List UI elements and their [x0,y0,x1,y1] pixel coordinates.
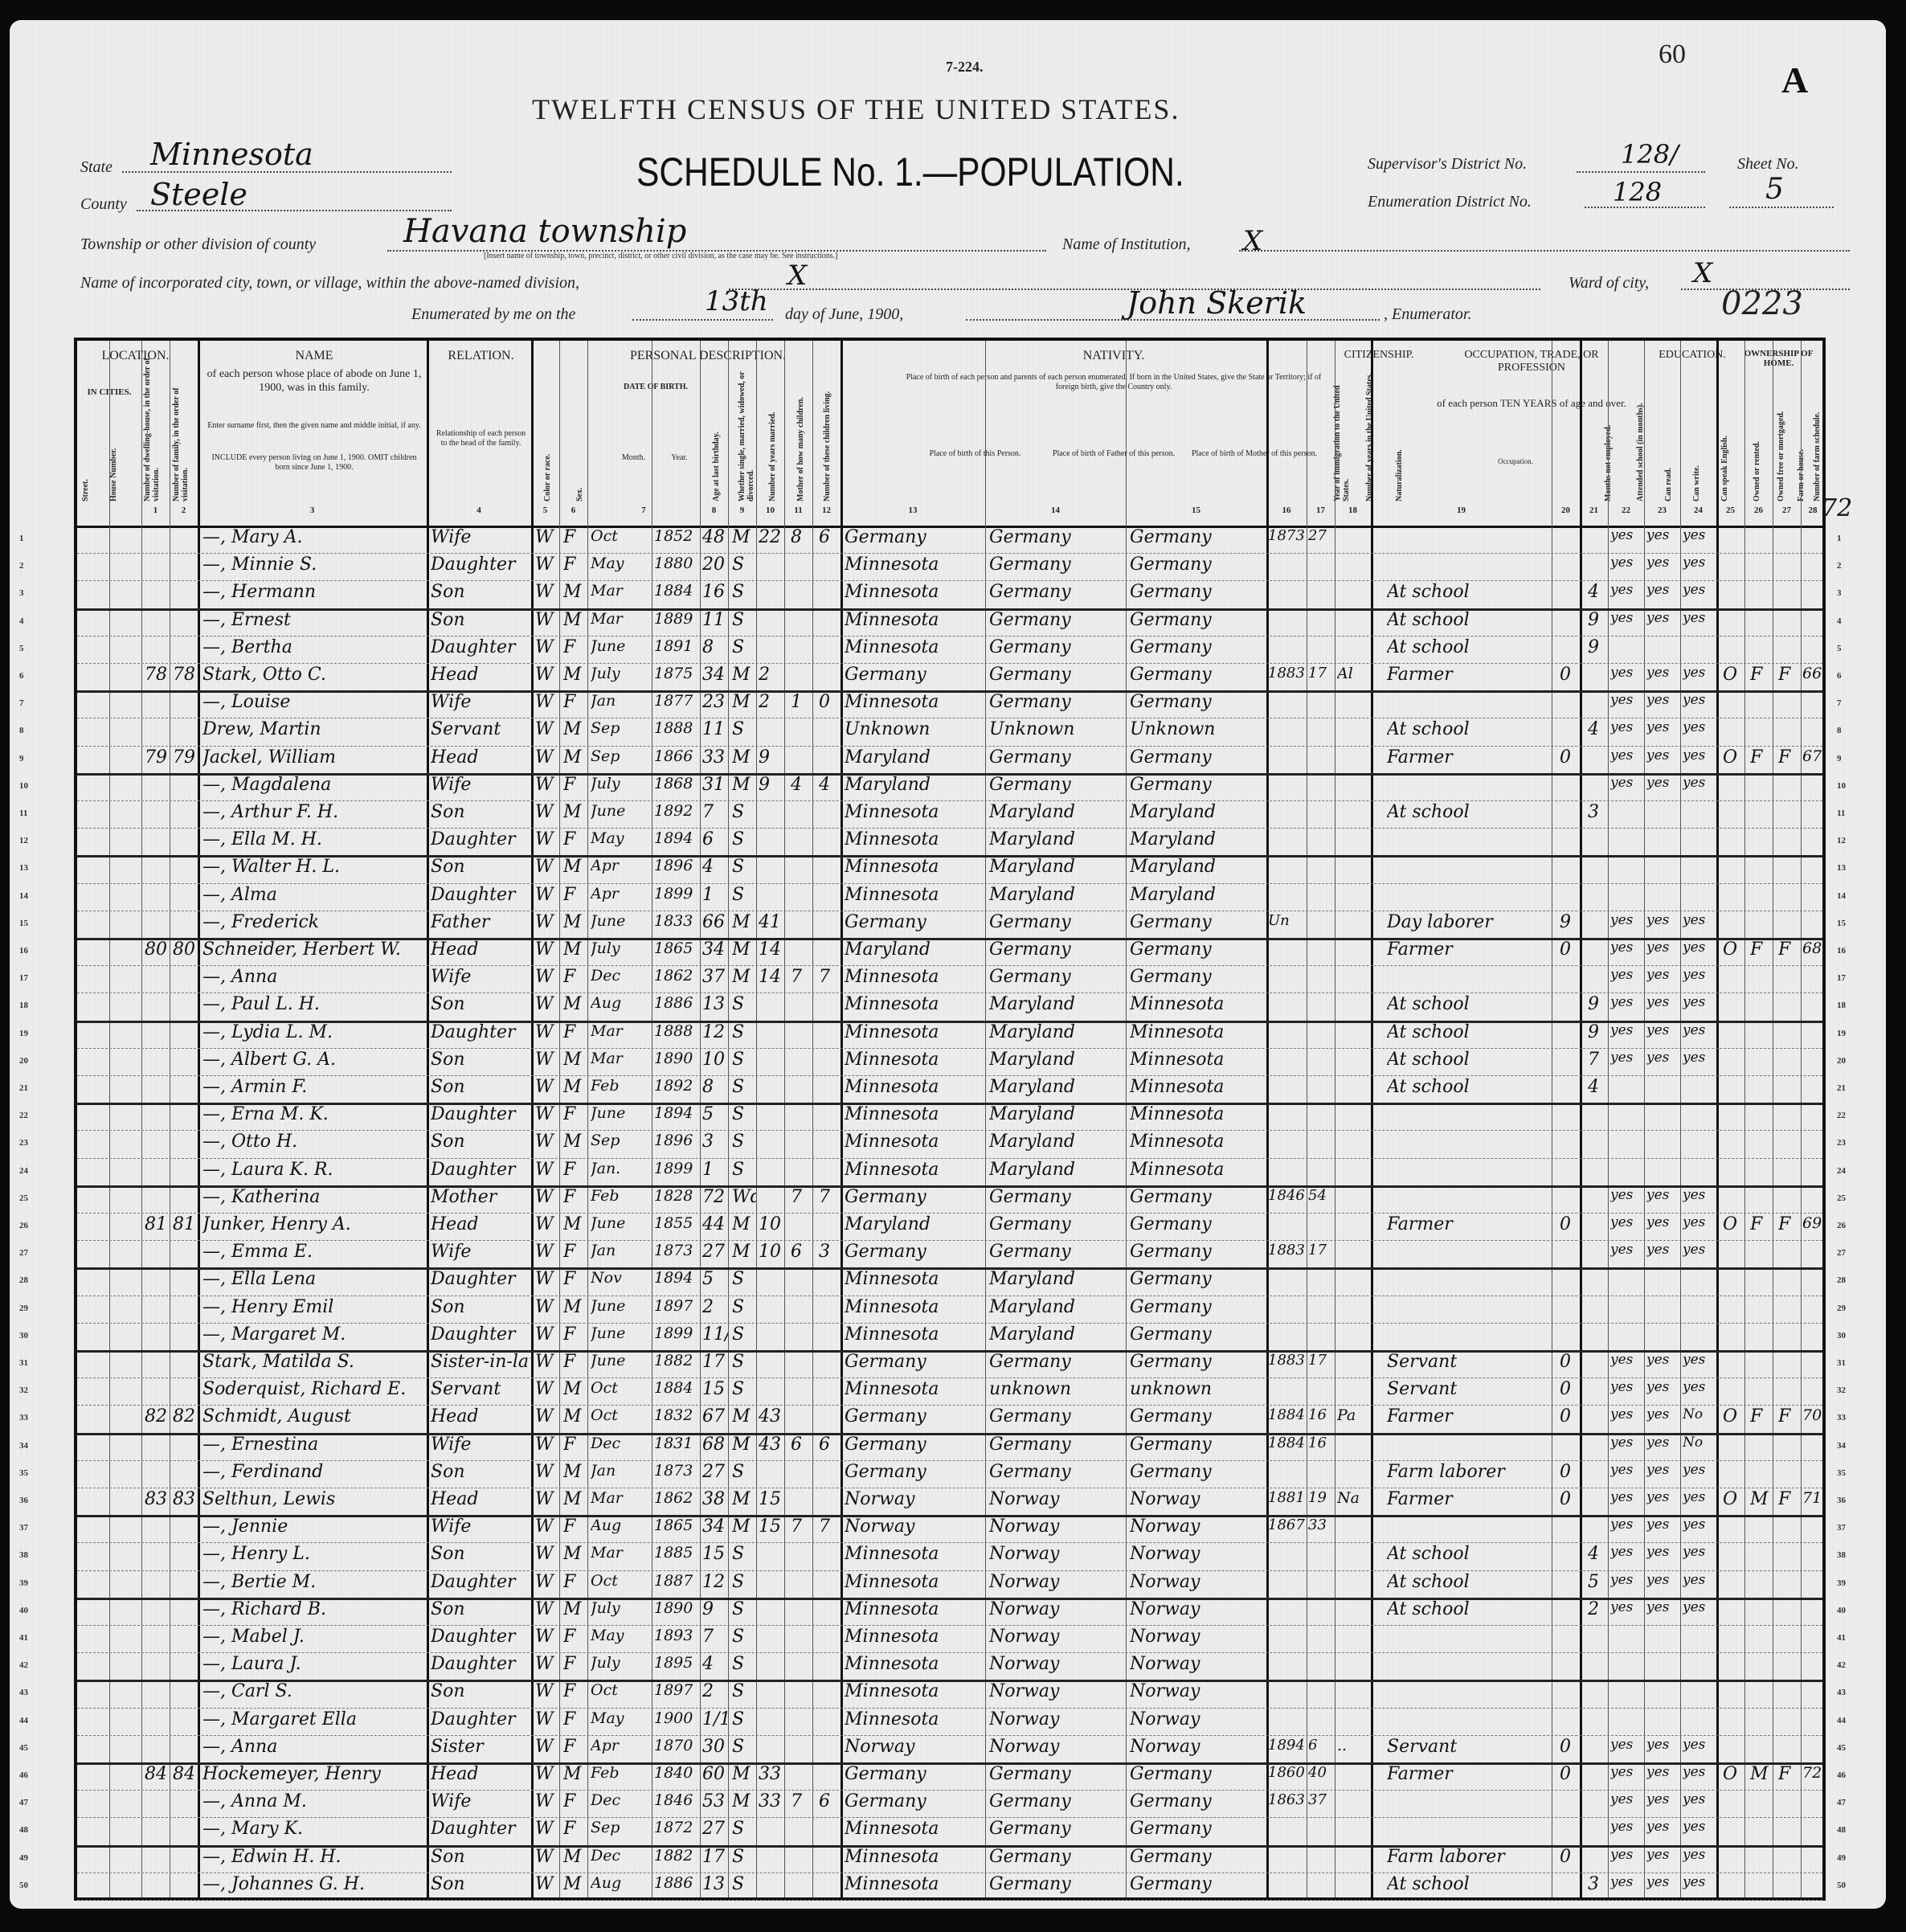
relation: Head [431,1489,530,1509]
township-note: [Insert name of township, town, precinct… [484,252,837,260]
occupation: At school [1387,1599,1552,1619]
can-read: yes [1610,1214,1644,1230]
birthplace-person: Minnesota [845,1572,985,1592]
relation: Son [431,802,530,822]
table-row: 28 —, Ella Lena Daughter W F Nov 1894 5 … [77,1267,1822,1296]
naturalization: Al [1337,665,1371,682]
colnum: 21 [1580,506,1608,515]
relation: Head [431,939,530,960]
table-row: 8 Drew, Martin Servant W M Sep 1888 11 S… [77,718,1822,746]
person-name: —, Margaret Ella [202,1709,426,1729]
sex: F [563,1269,587,1289]
age: 12 [702,1022,728,1042]
color: W [535,1297,559,1317]
line-number-left: 41 [19,1633,28,1643]
can-read: yes [1610,1022,1644,1038]
marital-status: S [732,802,756,822]
line-number-right: 24 [1837,1166,1846,1176]
birthplace-father: Maryland [989,994,1126,1014]
occupation: Farm laborer [1387,1462,1552,1482]
months-unemployed: 0 [1560,1764,1580,1784]
birthplace-mother: Germany [1130,582,1266,602]
color: W [535,1379,559,1399]
line-number-right: 39 [1837,1578,1846,1588]
line-number-right: 9 [1837,754,1842,763]
relation: Daughter [431,1819,530,1839]
table-row: 13 —, Walter H. L. Son W M Apr 1896 4 S … [77,855,1822,883]
years-in-us: 54 [1308,1187,1335,1204]
header-immigration: Year of immigration to the United States… [1333,365,1351,501]
birth-month: Sep [591,1819,652,1836]
months-unemployed: 0 [1560,747,1580,767]
birth-month: Jan. [591,1160,652,1177]
person-name: —, Louise [202,692,426,712]
birth-month: June [591,802,652,820]
school-months: 9 [1588,1022,1608,1042]
years-in-us: 27 [1308,527,1335,544]
table-row: 42 —, Laura J. Daughter W F July 1895 4 … [77,1652,1822,1682]
state-value: Minnesota [150,137,313,172]
marital-status: M [732,1517,756,1537]
line-number-left: 12 [19,836,28,845]
age: 34 [702,665,728,685]
line-number-left: 16 [19,946,28,956]
birthplace-person: Germany [845,1352,985,1372]
can-write: yes [1646,1022,1680,1038]
owned-or-rented: O [1723,1406,1744,1426]
county-value: Steele [150,177,247,212]
birth-month: Sep [591,719,652,737]
line-number-left: 27 [19,1248,28,1258]
sex: M [563,582,587,602]
age: 5 [702,1104,728,1124]
mother-of: 7 [791,1791,812,1811]
years-married: 22 [759,527,784,547]
owned-or-rented: O [1723,1214,1744,1234]
birthplace-father: Germany [989,1242,1126,1262]
can-read: yes [1610,555,1644,571]
birthplace-mother: Minnesota [1130,1104,1266,1124]
relation: Son [431,1599,530,1619]
relation: Sister [431,1737,530,1757]
can-read: yes [1610,939,1644,956]
birth-year: 1894 [654,1104,700,1122]
children-living: 6 [819,1435,841,1455]
line-number-right: 20 [1837,1056,1846,1066]
sex: M [563,1847,587,1867]
birthplace-person: Germany [845,1242,985,1262]
sex: F [563,775,587,795]
speaks-english: yes [1683,1379,1716,1395]
relation: Servant [431,1379,530,1399]
birthplace-mother: Minnesota [1130,1132,1266,1152]
farm-or-house: F [1778,1489,1801,1509]
occupation: At school [1387,1572,1552,1592]
birth-year: 1900 [654,1709,700,1727]
header-sex: Sex. [575,461,584,501]
line-number-right: 38 [1837,1550,1846,1560]
color: W [535,1435,559,1455]
table-row: 21 —, Armin F. Son W M Feb 1892 8 S Minn… [77,1075,1822,1105]
relation: Son [431,1874,530,1894]
birthplace-father: Maryland [989,1132,1126,1152]
relation: Son [431,1132,530,1152]
birthplace-father: Norway [989,1709,1126,1729]
birthplace-mother: Norway [1130,1627,1266,1647]
birth-year: 1891 [654,637,700,655]
birth-year: 1897 [654,1681,700,1699]
relation: Wife [431,527,530,547]
line-number-right: 50 [1837,1881,1846,1890]
birthplace-mother: Germany [1130,1462,1266,1482]
can-write: yes [1646,994,1680,1010]
speaks-english: yes [1683,1791,1716,1807]
line-number-right: 27 [1837,1248,1846,1258]
birthplace-father: Germany [989,1791,1126,1811]
can-write: yes [1646,1517,1680,1533]
sex: F [563,1737,587,1757]
birthplace-mother: Norway [1130,1572,1266,1592]
speaks-english: yes [1683,719,1716,735]
colnum: 16 [1266,506,1307,515]
farm-or-house: F [1778,1406,1801,1426]
family-number: 83 [173,1489,197,1509]
sex: M [563,610,587,630]
can-write: yes [1646,939,1680,956]
relation: Daughter [431,1627,530,1647]
birth-year: 1833 [654,912,700,930]
header-name-note1: Enter surname first, then the given name… [206,421,423,431]
speaks-english: yes [1683,939,1716,956]
birthplace-mother: unknown [1130,1379,1266,1399]
birthplace-father: Norway [989,1627,1126,1647]
can-write: yes [1646,1435,1680,1451]
can-write: yes [1646,665,1680,681]
birthplace-person: Germany [845,1791,985,1811]
dwelling-number: 83 [145,1489,169,1509]
relation: Daughter [431,1104,530,1124]
relation: Daughter [431,885,530,905]
sex: M [563,1406,587,1426]
birth-month: June [591,637,652,655]
speaks-english: yes [1683,1352,1716,1368]
table-row: 40 —, Richard B. Son W M July 1890 9 S M… [77,1598,1822,1626]
colnum: 22 [1608,506,1644,515]
occupation: Servant [1387,1352,1552,1372]
months-unemployed: 0 [1560,1214,1580,1234]
farm-schedule-number: 67 [1802,747,1825,765]
relation: Daughter [431,1654,530,1674]
birth-month: Mar [591,1489,652,1507]
line-number-left: 11 [19,808,27,818]
color: W [535,939,559,960]
birthplace-father: unknown [989,1379,1126,1399]
mother-of: 7 [791,967,812,987]
immigration-year: 1894 [1268,1737,1307,1754]
years-married: 14 [759,939,784,960]
sex: M [563,1462,587,1482]
birthplace-mother: Germany [1130,637,1266,657]
sex: M [563,1077,587,1097]
header-relation: RELATION. [431,349,531,363]
marital-status: M [732,1406,756,1426]
page-number: 60 [1659,39,1686,70]
person-name: —, Ella Lena [202,1269,426,1289]
birthplace-father: Germany [989,1352,1126,1372]
can-write: yes [1646,1352,1680,1368]
table-row: 38 —, Henry L. Son W M Mar 1885 15 S Min… [77,1542,1822,1570]
birth-year: 1840 [654,1764,700,1782]
person-name: —, Magdalena [202,775,426,795]
birthplace-father: Germany [989,1462,1126,1482]
marital-status: S [732,1077,756,1097]
age: 37 [702,967,728,987]
can-write: yes [1646,719,1680,735]
table-row: 4 —, Ernest Son W M Mar 1889 11 S Minnes… [77,608,1822,636]
immigration-year: 1883 [1268,665,1307,682]
birth-year: 1895 [654,1654,700,1672]
years-married: 10 [759,1214,784,1234]
line-number-right: 5 [1837,644,1842,653]
birth-year: 1880 [654,555,700,572]
birthplace-person: Minnesota [845,1709,985,1729]
color: W [535,747,559,767]
birth-year: 1868 [654,775,700,792]
color: W [535,1050,559,1070]
age: 27 [702,1819,728,1839]
birth-month: Feb [591,1764,652,1782]
occupation: At school [1387,1874,1552,1894]
birthplace-father: Germany [989,527,1126,547]
color: W [535,1489,559,1509]
sex: F [563,1709,587,1729]
can-write: yes [1646,775,1680,791]
line-number-left: 49 [19,1853,28,1863]
sex: F [563,1435,587,1455]
birthplace-person: Minnesota [845,1324,985,1345]
colnum: 1 [141,506,170,515]
table-row: 45 —, Anna Sister W F Apr 1870 30 S Norw… [77,1735,1822,1765]
birthplace-father: Germany [989,912,1126,932]
birthplace-father: Germany [989,967,1126,987]
birth-year: 1888 [654,1022,700,1040]
marital-status: S [732,1462,756,1482]
birthplace-person: Minnesota [845,555,985,575]
birthplace-mother: Norway [1130,1709,1266,1729]
children-living: 7 [819,1187,841,1207]
birthplace-person: Germany [845,665,985,685]
birthplace-mother: Germany [1130,747,1266,767]
colnum: 10 [756,506,784,515]
color: W [535,775,559,795]
can-write: yes [1646,1544,1680,1560]
table-row: 24 —, Laura K. R. Daughter W F Jan. 1899… [77,1158,1822,1188]
can-write: yes [1646,747,1680,763]
birth-year: 1873 [654,1242,700,1259]
person-name: Selthun, Lewis [202,1489,426,1509]
occupation: At school [1387,1077,1552,1097]
age: 23 [702,692,728,712]
table-row: 23 —, Otto H. Son W M Sep 1896 3 S Minne… [77,1130,1822,1158]
birthplace-person: Minnesota [845,1874,985,1894]
birthplace-mother: Germany [1130,775,1266,795]
school-months: 4 [1588,1544,1608,1564]
header-nativity: NATIVITY. [905,349,1323,363]
birth-year: 1896 [654,857,700,874]
relation: Wife [431,1242,530,1262]
sex: M [563,912,587,932]
colnum: 14 [985,506,1126,515]
birth-month: Oct [591,1379,652,1397]
birthplace-father: Germany [989,692,1126,712]
can-write: yes [1646,1791,1680,1807]
birth-month: Apr [591,1737,652,1754]
can-read: yes [1610,1572,1644,1588]
birthplace-person: Germany [845,1764,985,1784]
immigration-year: 1867 [1268,1517,1307,1533]
person-name: —, Bertha [202,637,426,657]
marital-status: M [732,527,756,547]
birth-year: 1899 [654,1324,700,1342]
months-unemployed: 0 [1560,1406,1580,1426]
line-number-right: 19 [1837,1029,1846,1038]
can-write: yes [1646,1572,1680,1588]
birthplace-mother: Minnesota [1130,1022,1266,1042]
color: W [535,912,559,932]
age: 72 [702,1187,728,1207]
person-name: —, Anna [202,1737,426,1757]
years-in-us: 16 [1308,1406,1335,1423]
birthplace-father: Norway [989,1599,1126,1619]
person-name: —, Katherina [202,1187,426,1207]
birth-month: Feb [591,1187,652,1205]
can-read: yes [1610,967,1644,983]
sex: F [563,1187,587,1207]
color: W [535,637,559,657]
line-number-right: 1 [1837,534,1842,543]
speaks-english: yes [1683,1819,1716,1835]
relation: Wife [431,692,530,712]
marital-status: S [732,1654,756,1674]
colnum: 6 [559,506,587,515]
marital-status: M [732,692,756,712]
birthplace-mother: Maryland [1130,829,1266,849]
marital-status: S [732,1160,756,1180]
marital-status: S [732,1050,756,1070]
colnum: 12 [812,506,841,515]
relation: Son [431,582,530,602]
colnum: 5 [531,506,559,515]
line-number-left: 28 [19,1275,28,1285]
birth-year: 1831 [654,1435,700,1452]
birthplace-father: Germany [989,610,1126,630]
person-name: Hockemeyer, Henry [202,1764,426,1784]
free-or-mortgaged: F [1750,1214,1773,1234]
farm-or-house: F [1778,1764,1801,1784]
relation: Daughter [431,1709,530,1729]
birthplace-mother: Germany [1130,527,1266,547]
line-number-left: 2 [19,561,24,571]
speaks-english: No [1683,1406,1716,1422]
can-write: yes [1646,967,1680,983]
years-married: 33 [759,1791,784,1811]
speaks-english: yes [1683,967,1716,983]
years-in-us: 19 [1308,1489,1335,1506]
immigration-year: 1846 [1268,1187,1307,1204]
header-name-note2: INCLUDE every person living on June 1, 1… [206,453,423,473]
line-number-right: 26 [1837,1221,1846,1230]
color: W [535,1764,559,1784]
schedule-title: SCHEDULE No. 1.—POPULATION. [636,149,1184,195]
occupation: Farmer [1387,1214,1552,1234]
line-number-left: 23 [19,1138,28,1148]
occupation: At school [1387,994,1552,1014]
relation: Daughter [431,555,530,575]
birth-month: Jan [591,1462,652,1480]
sex: F [563,692,587,712]
can-read: yes [1610,1819,1644,1835]
relation: Son [431,1077,530,1097]
census-title: TWELFTH CENSUS OF THE UNITED STATES. [532,92,1180,126]
children-living: 7 [819,1517,841,1537]
sex: F [563,1681,587,1701]
color: W [535,802,559,822]
relation: Son [431,1050,530,1070]
person-name: —, Bertie M. [202,1572,426,1592]
line-number-right: 12 [1837,836,1846,845]
enumerator-name: John Skerik [1127,285,1307,321]
person-name: —, Paul L. H. [202,994,426,1014]
relation: Daughter [431,637,530,657]
relation: Son [431,1681,530,1701]
color: W [535,1709,559,1729]
months-unemployed: 0 [1560,665,1580,685]
line-number-left: 10 [19,781,28,791]
age: 31 [702,775,728,795]
birthplace-person: Minnesota [845,637,985,657]
birth-month: Oct [591,1572,652,1590]
age: 17 [702,1847,728,1867]
color: W [535,1737,559,1757]
birthplace-person: Minnesota [845,829,985,849]
table-row: 47 —, Anna M. Wife W F Dec 1846 53 M 33 … [77,1790,1822,1818]
relation: Daughter [431,829,530,849]
line-number-right: 42 [1837,1660,1846,1670]
person-name: —, Frederick [202,912,426,932]
age: 48 [702,527,728,547]
line-number-right: 49 [1837,1853,1846,1863]
color: W [535,1104,559,1124]
sex: M [563,1050,587,1070]
table-row: 30 —, Margaret M. Daughter W F June 1899… [77,1323,1822,1353]
relation: Father [431,912,530,932]
marital-status: S [732,1297,756,1317]
can-read: yes [1610,1242,1644,1258]
birth-year: 1852 [654,527,700,545]
sex: M [563,1544,587,1564]
can-read: yes [1610,1737,1644,1753]
birthplace-person: Unknown [845,719,985,739]
marital-status: S [732,1132,756,1152]
age: 13 [702,1874,728,1894]
mother-of: 7 [791,1517,812,1537]
header-mother-of: Mother of how many children. [796,365,805,501]
colnum: 11 [784,506,812,515]
age: 1 [702,885,728,905]
birthplace-father: Germany [989,1847,1126,1867]
birth-month: Dec [591,967,652,984]
can-read: yes [1610,665,1644,681]
